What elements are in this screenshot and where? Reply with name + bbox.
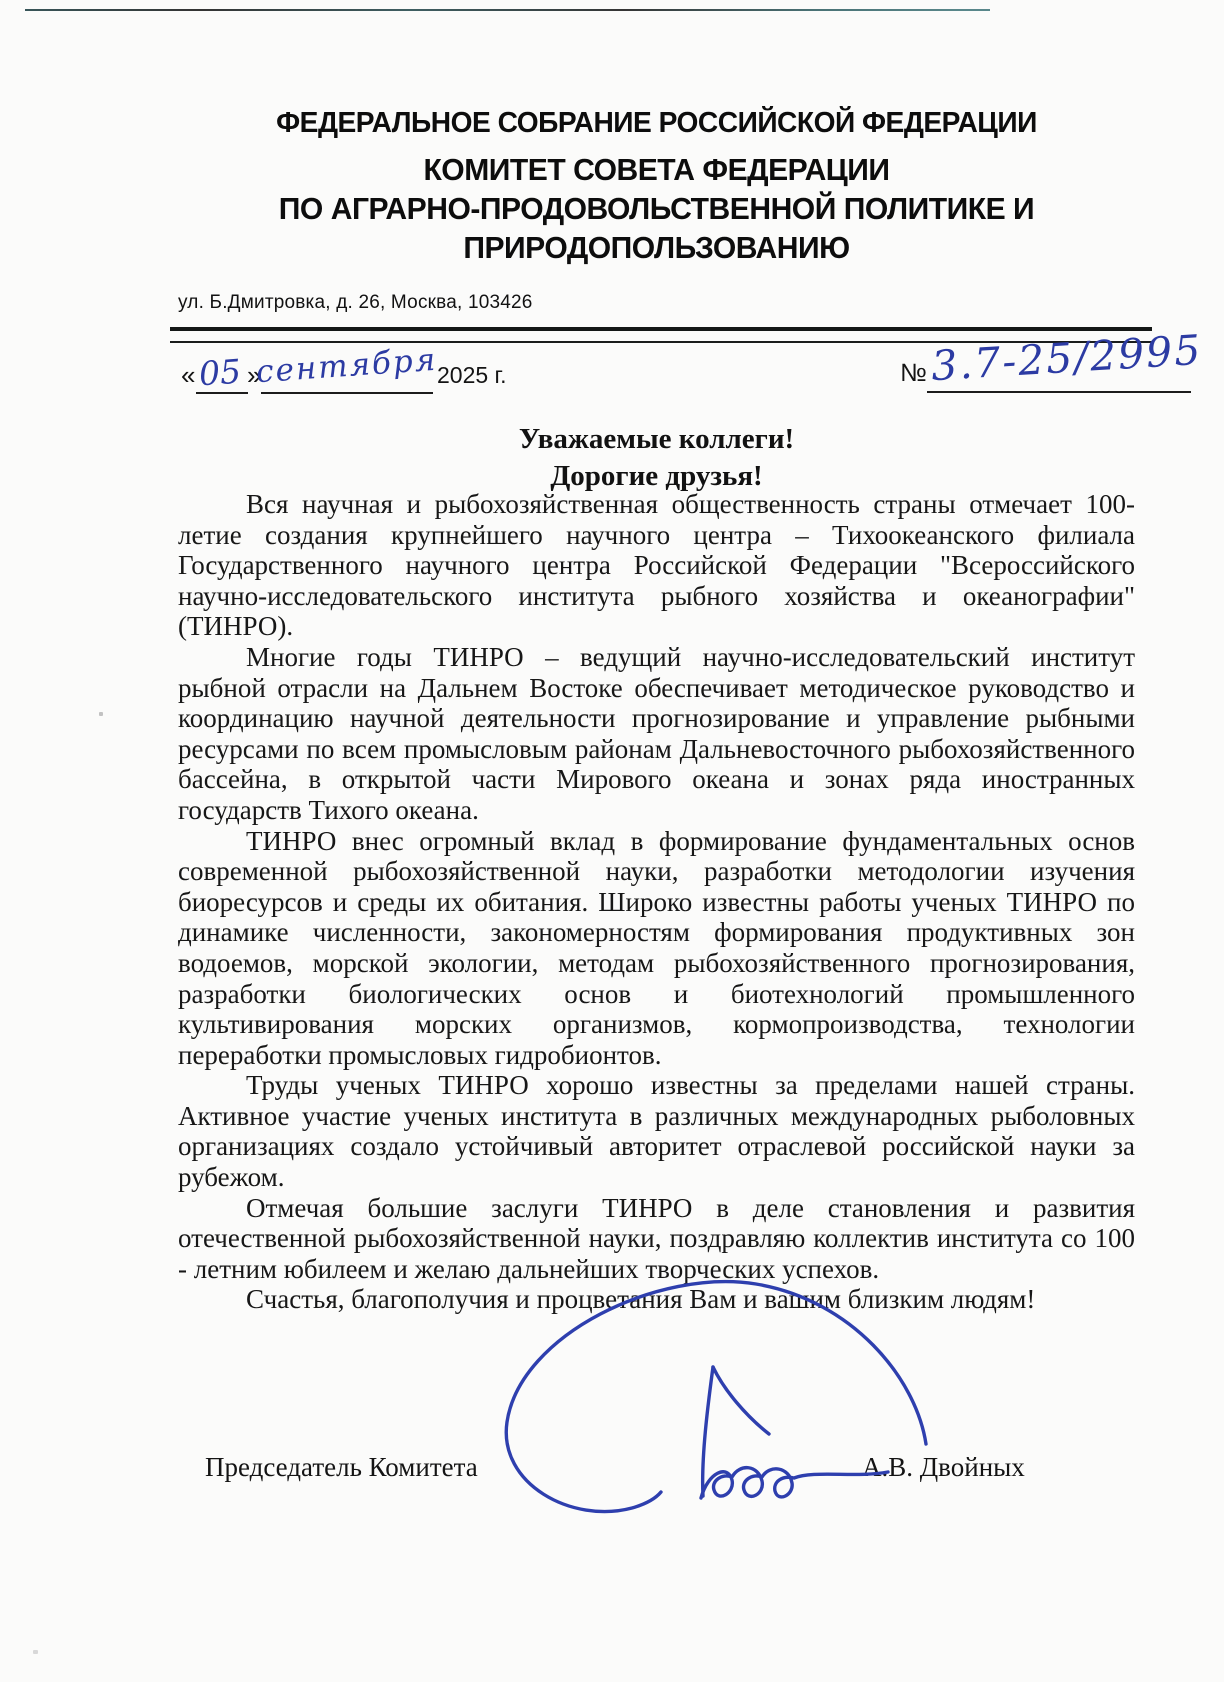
body-paragraph: Многие годы ТИНРО – ведущий научно-иссле… xyxy=(178,642,1135,826)
body-paragraph: Вся научная и рыбохозяйственная обществе… xyxy=(178,489,1135,642)
body-paragraph: ТИНРО внес огромный вклад в формирование… xyxy=(178,826,1135,1071)
date-open-quote: « xyxy=(181,360,195,391)
handwritten-month: сентября xyxy=(255,342,438,391)
letterhead-committee-line: КОМИТЕТ СОВЕТА ФЕДЕРАЦИИ xyxy=(192,150,1120,189)
letterhead-parliament-line: ФЕДЕРАЛЬНОЕ СОБРАНИЕ РОССИЙСКОЙ ФЕДЕРАЦИ… xyxy=(192,106,1120,140)
signature-autograph xyxy=(480,1262,970,1542)
body-paragraph: Труды ученых ТИНРО хорошо известны за пр… xyxy=(178,1070,1135,1192)
handwritten-day: 05 xyxy=(198,352,243,394)
number-sign: № xyxy=(900,359,927,388)
signature-branch-stroke xyxy=(713,1367,769,1434)
salutation: Уважаемые коллеги! Дорогие друзья! xyxy=(178,421,1135,495)
letterhead-policy-line: ПО АГРАРНО-ПРОДОВОЛЬСТВЕННОЙ ПОЛИТИКЕ И xyxy=(192,189,1120,228)
scan-artifact-line xyxy=(25,9,990,11)
scan-speck xyxy=(99,712,103,716)
signature-loops-stroke xyxy=(701,1468,888,1498)
salutation-line-colleagues: Уважаемые коллеги! xyxy=(178,421,1135,458)
scanned-letter-page: ФЕДЕРАЛЬНОЕ СОБРАНИЕ РОССИЙСКОЙ ФЕДЕРАЦИ… xyxy=(0,0,1224,1682)
scan-speck xyxy=(33,1650,38,1654)
letterhead: ФЕДЕРАЛЬНОЕ СОБРАНИЕ РОССИЙСКОЙ ФЕДЕРАЦИ… xyxy=(178,106,1135,267)
letterhead-nature-line: ПРИРОДОПОЛЬЗОВАНИЮ xyxy=(192,228,1120,267)
printed-year: 2025 г. xyxy=(437,362,507,389)
letterhead-address: ул. Б.Дмитровка, д. 26, Москва, 103426 xyxy=(178,292,533,314)
date-month-underline xyxy=(261,392,433,394)
signature-oval-stroke xyxy=(506,1282,926,1512)
letter-body: Вся научная и рыбохозяйственная обществе… xyxy=(178,489,1135,1315)
signer-title: Председатель Комитета xyxy=(205,1452,478,1483)
number-underline xyxy=(927,391,1191,393)
